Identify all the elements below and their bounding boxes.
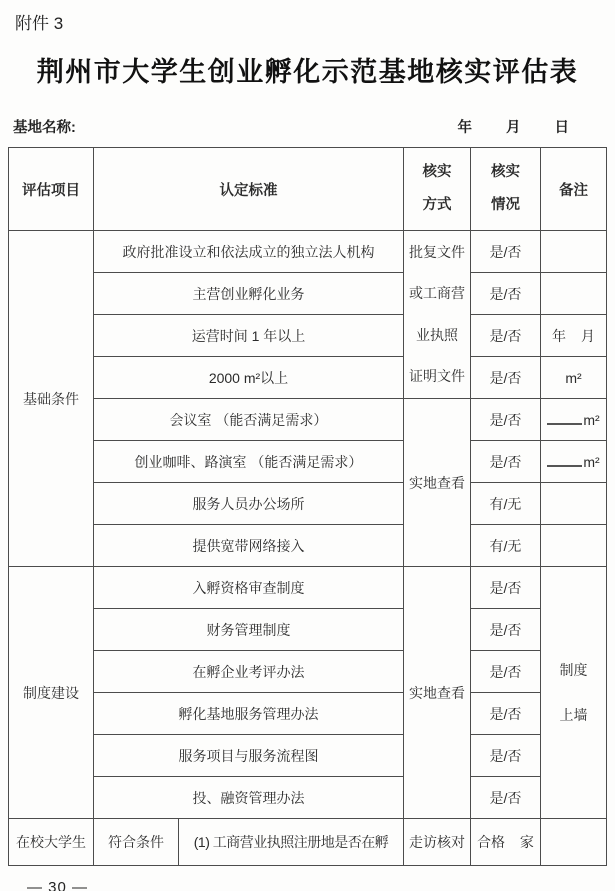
status-cell: 是/否 [471, 315, 541, 357]
method-cell: 实地查看 [404, 399, 471, 567]
attachment-label: 附件 3 [0, 0, 615, 34]
table-row: 基础条件 政府批准设立和依法成立的独立法人机构 批复文件 或工商营 业执照 证明… [9, 231, 607, 273]
table-header-row: 评估项目 认定标准 核实 方式 核实 情况 备注 [9, 148, 607, 231]
status-cell: 是/否 [471, 609, 541, 651]
remark-cell [541, 525, 607, 567]
status-cell: 是/否 [471, 777, 541, 819]
table-row: 投、融资管理办法 是/否 [9, 777, 607, 819]
criteria-cell: 2000 m²以上 [94, 357, 404, 399]
table-row: 孵化基地服务管理办法 是/否 [9, 693, 607, 735]
table-row: 服务人员办公场所 有/无 [9, 483, 607, 525]
header-remark: 备注 [541, 148, 607, 231]
page-number: — 30 — [27, 879, 615, 891]
table-row: 在孵企业考评办法 是/否 [9, 651, 607, 693]
method-cell: 实地查看 [404, 567, 471, 819]
remark-cell: 年 月 [541, 315, 607, 357]
remark-cell: m² [541, 399, 607, 441]
table-row: 提供宽带网络接入 有/无 [9, 525, 607, 567]
document-page: 附件 3 荆州市大学生创业孵化示范基地核实评估表 基地名称: 年 月 日 评估项… [0, 0, 615, 891]
status-cell: 是/否 [471, 273, 541, 315]
remark-cell: 制度 上墙 [541, 567, 607, 819]
status-cell: 是/否 [471, 399, 541, 441]
criteria-cell: (1) 工商营业执照注册地是否在孵 [179, 819, 404, 866]
status-cell: 合格 家 [471, 819, 541, 866]
remark-cell: m² [541, 357, 607, 399]
status-cell: 是/否 [471, 357, 541, 399]
criteria-cell: 政府批准设立和依法成立的独立法人机构 [94, 231, 404, 273]
section-cell-system: 制度建设 [9, 567, 94, 819]
status-cell: 是/否 [471, 651, 541, 693]
criteria-cell: 服务人员办公场所 [94, 483, 404, 525]
header-criteria: 认定标准 [94, 148, 404, 231]
header-project: 评估项目 [9, 148, 94, 231]
section-cell-basic: 基础条件 [9, 231, 94, 567]
header-method: 核实 方式 [404, 148, 471, 231]
remark-cell [541, 819, 607, 866]
table-row: 在校大学生 符合条件 (1) 工商营业执照注册地是否在孵 走访核对 合格 家 [9, 819, 607, 866]
criteria-cell: 服务项目与服务流程图 [94, 735, 404, 777]
table-row: 2000 m²以上 是/否 m² [9, 357, 607, 399]
table-row: 财务管理制度 是/否 [9, 609, 607, 651]
meta-row: 基地名称: 年 月 日 [13, 116, 569, 137]
status-cell: 是/否 [471, 441, 541, 483]
remark-cell [541, 483, 607, 525]
remark-cell [541, 231, 607, 273]
fill-in-blank [547, 419, 582, 425]
condition-cell: 符合条件 [94, 819, 179, 866]
status-cell: 是/否 [471, 693, 541, 735]
criteria-cell: 会议室 （能否满足需求） [94, 399, 404, 441]
criteria-cell: 财务管理制度 [94, 609, 404, 651]
status-cell: 有/无 [471, 483, 541, 525]
status-cell: 有/无 [471, 525, 541, 567]
section-cell-students: 在校大学生 [9, 819, 94, 866]
unit-label: m² [583, 412, 599, 428]
criteria-cell: 创业咖啡、路演室 （能否满足需求） [94, 441, 404, 483]
unit-label: m² [583, 454, 599, 470]
header-status: 核实 情况 [471, 148, 541, 231]
table-row: 主营创业孵化业务 是/否 [9, 273, 607, 315]
criteria-cell: 孵化基地服务管理办法 [94, 693, 404, 735]
page-title: 荆州市大学生创业孵化示范基地核实评估表 [0, 50, 615, 89]
method-cell: 走访核对 [404, 819, 471, 866]
status-cell: 是/否 [471, 567, 541, 609]
fill-in-blank [547, 461, 582, 467]
table-row: 会议室 （能否满足需求） 实地查看 是/否 m² [9, 399, 607, 441]
status-cell: 是/否 [471, 231, 541, 273]
remark-cell [541, 273, 607, 315]
method-cell: 批复文件 或工商营 业执照 证明文件 [404, 231, 471, 399]
criteria-cell: 投、融资管理办法 [94, 777, 404, 819]
remark-cell: m² [541, 441, 607, 483]
criteria-cell: 提供宽带网络接入 [94, 525, 404, 567]
criteria-cell: 入孵资格审查制度 [94, 567, 404, 609]
table-row: 创业咖啡、路演室 （能否满足需求） 是/否 m² [9, 441, 607, 483]
evaluation-table: 评估项目 认定标准 核实 方式 核实 情况 备注 基础条件 政府批准设立和依法成… [8, 147, 607, 866]
criteria-cell: 运营时间 1 年以上 [94, 315, 404, 357]
criteria-cell: 主营创业孵化业务 [94, 273, 404, 315]
table-row: 服务项目与服务流程图 是/否 [9, 735, 607, 777]
status-cell: 是/否 [471, 735, 541, 777]
table-row: 制度建设 入孵资格审查制度 实地查看 是/否 制度 上墙 [9, 567, 607, 609]
base-name-label: 基地名称: [13, 116, 76, 137]
table-row: 运营时间 1 年以上 是/否 年 月 [9, 315, 607, 357]
criteria-cell: 在孵企业考评办法 [94, 651, 404, 693]
date-line: 年 月 日 [457, 116, 569, 137]
